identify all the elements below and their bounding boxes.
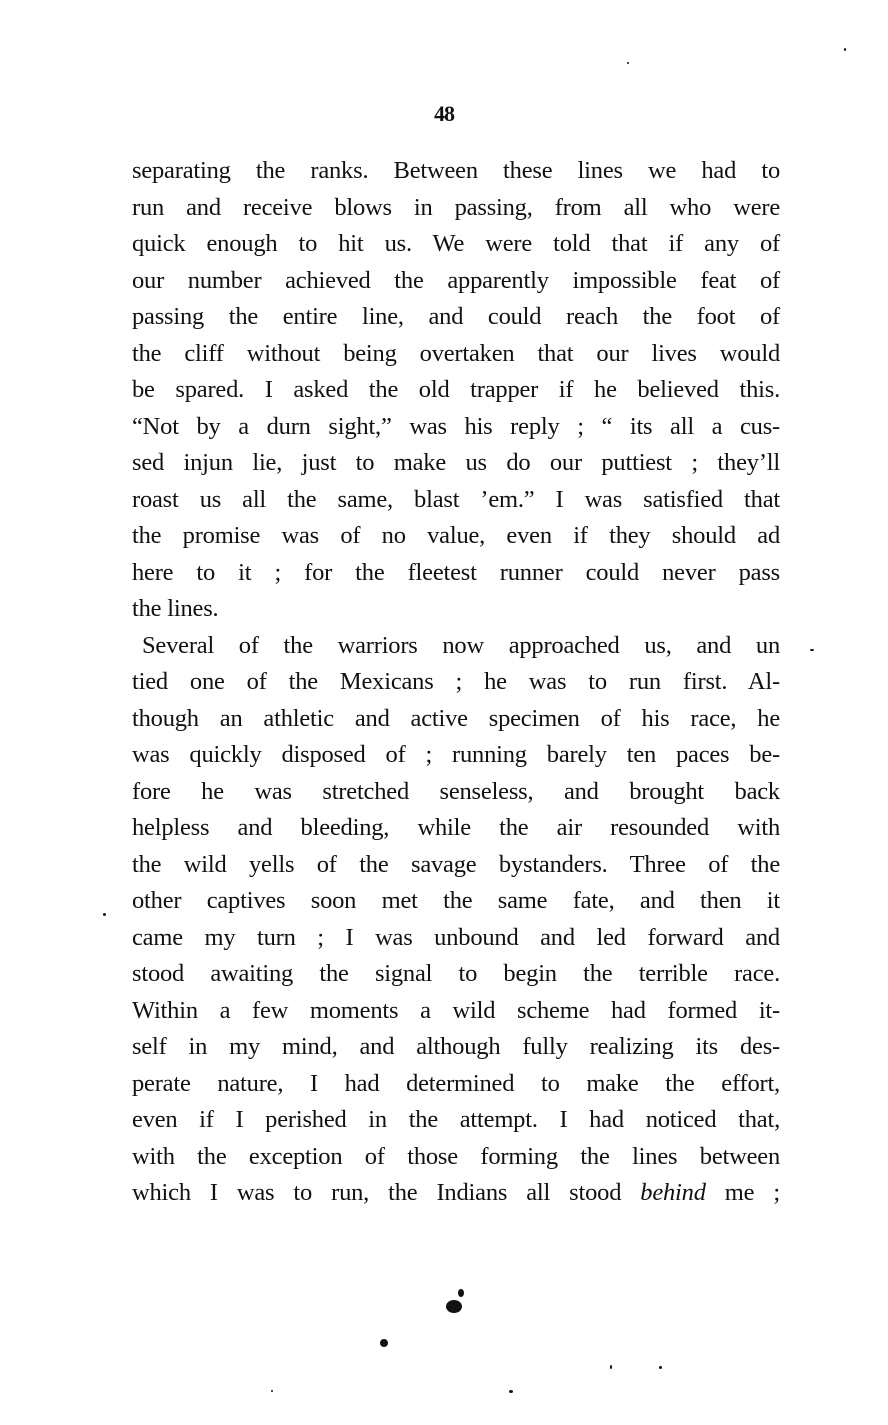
page-number: 48: [0, 101, 888, 127]
text-line: with the exception of those forming the …: [132, 1139, 780, 1176]
text-line: other captives soon met the same fate, a…: [132, 883, 780, 920]
scan-speck: [659, 1366, 662, 1369]
scan-speck: [103, 913, 106, 916]
text-line: here to it ; for the fleetest runner cou…: [132, 555, 780, 592]
text-line: even if I perished in the attempt. I had…: [132, 1102, 780, 1139]
text-line: perate nature, I had determined to make …: [132, 1066, 780, 1103]
text-line: though an athletic and active specimen o…: [132, 701, 780, 738]
text-line: separating the ranks. Between these line…: [132, 153, 780, 190]
text-line: the wild yells of the savage bystanders.…: [132, 847, 780, 884]
text-line: was quickly disposed of ; running barely…: [132, 737, 780, 774]
text-line: helpless and bleeding, while the air res…: [132, 810, 780, 847]
scan-speck: [810, 649, 814, 651]
text-line: tied one of the Mexicans ; he was to run…: [132, 664, 780, 701]
text-line: the promise was of no value, even if the…: [132, 518, 780, 555]
scan-speck: [509, 1390, 513, 1393]
text-line: the lines.: [132, 591, 780, 628]
text-line: came my turn ; I was unbound and led for…: [132, 920, 780, 957]
text-line: our number achieved the apparently impos…: [132, 263, 780, 300]
scan-speck: [610, 1365, 612, 1369]
text-line: the cliff without being overtaken that o…: [132, 336, 780, 373]
text-line: quick enough to hit us. We were told tha…: [132, 226, 780, 263]
text-line: sed injun lie, just to make us do our pu…: [132, 445, 780, 482]
text-run: which I was to run, the Indians all stoo…: [132, 1179, 621, 1206]
paragraph-1: separating the ranks. Between these line…: [132, 153, 780, 628]
text-run: me ;: [725, 1179, 780, 1206]
scan-speck: [627, 62, 629, 64]
emphasized-word: behind: [640, 1179, 705, 1206]
text-line: self in my mind, and although fully real…: [132, 1029, 780, 1066]
text-line: passing the entire line, and could reach…: [132, 299, 780, 336]
text-line: run and receive blows in passing, from a…: [132, 190, 780, 227]
text-line: stood awaiting the signal to begin the t…: [132, 956, 780, 993]
text-line: fore he was stretched senseless, and bro…: [132, 774, 780, 811]
text-line: Several of the warriors now approached u…: [132, 628, 780, 665]
scan-speck: [458, 1289, 464, 1297]
text-line: “Not by a durn sight,” was his reply ; “…: [132, 409, 780, 446]
paragraph-2: Several of the warriors now approached u…: [132, 628, 780, 1212]
scan-speck: [446, 1300, 462, 1313]
text-line: roast us all the same, blast ’em.” I was…: [132, 482, 780, 519]
text-line-final: which I was to run, the Indians all stoo…: [132, 1175, 780, 1212]
text-line: be spared. I asked the old trapper if he…: [132, 372, 780, 409]
text-line: Within a few moments a wild scheme had f…: [132, 993, 780, 1030]
body-text: separating the ranks. Between these line…: [132, 153, 780, 1212]
scan-speck: [271, 1390, 273, 1392]
scan-speck: [844, 48, 846, 51]
scan-speck: [380, 1339, 388, 1347]
